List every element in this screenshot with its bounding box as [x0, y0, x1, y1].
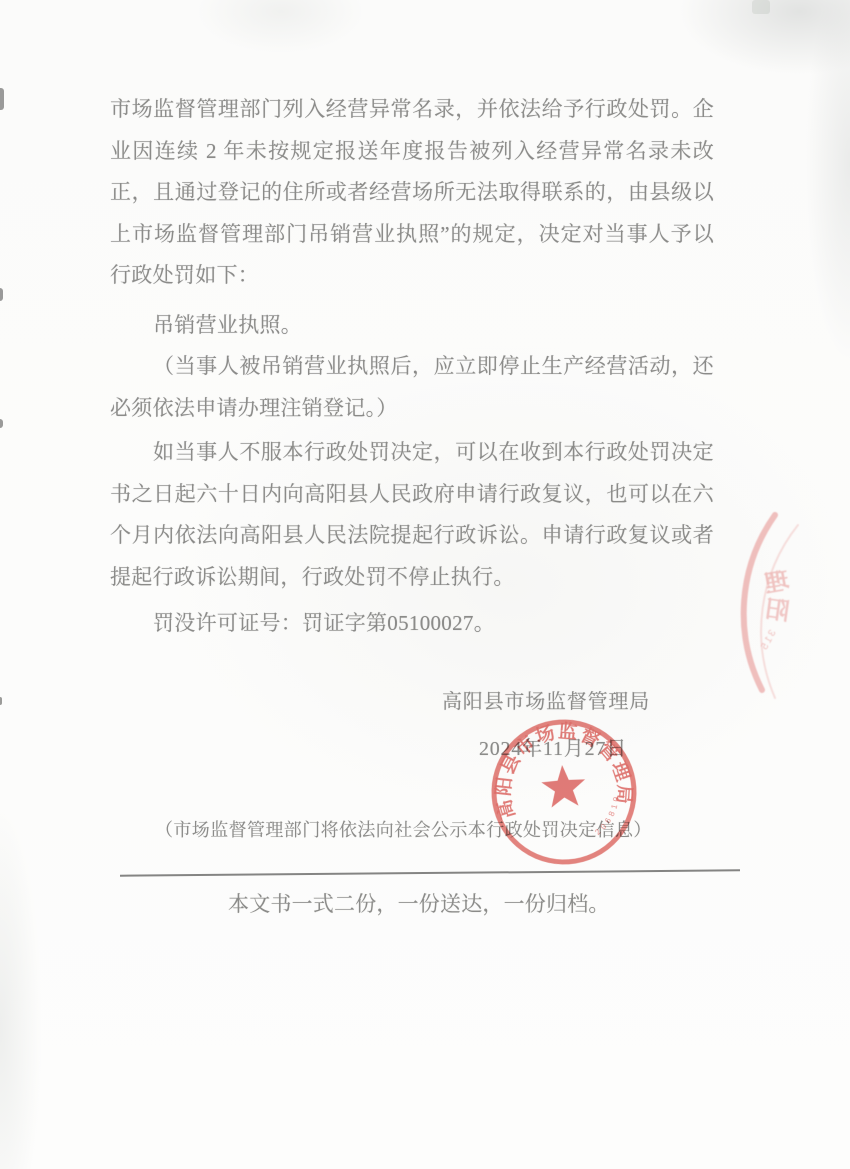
license-number-line: 罚没许可证号：罚证字第05100027。	[110, 603, 714, 645]
official-seal: 高阳县市场监督管理局 2068105	[457, 685, 670, 898]
seal-code-digits: 2068105	[457, 685, 624, 846]
svg-text:2068105: 2068105	[457, 685, 624, 846]
scan-edge-artifact	[0, 88, 4, 110]
penalty-decision-line: 吊销营业执照。	[110, 305, 714, 347]
scan-edge-artifact	[0, 419, 3, 428]
ghost-seal-character: 阳	[763, 596, 791, 626]
star-icon	[540, 764, 587, 809]
body-paragraph: 市场监督管理部门列入经营异常名录，并依法给予行政处罚。企业因连续 2 年未按规定…	[110, 89, 714, 297]
scan-edge-artifact	[752, 0, 770, 14]
scanned-document: { "document": { "body_paragraphs": [ {"i…	[0, 0, 850, 1169]
scan-edge-artifact	[0, 288, 3, 301]
scan-edge-artifact	[0, 697, 2, 705]
body-paragraph: 如当事人不服本行政处罚决定，可以在收到本行政处罚决定书之日起六十日内向高阳县人民…	[110, 432, 714, 598]
body-paragraph: （当事人被吊销营业执照后，应立即停止生产经营活动，还必须依法申请办理注销登记。）	[110, 346, 714, 429]
ghost-seal: 理 阳 315	[720, 500, 850, 715]
